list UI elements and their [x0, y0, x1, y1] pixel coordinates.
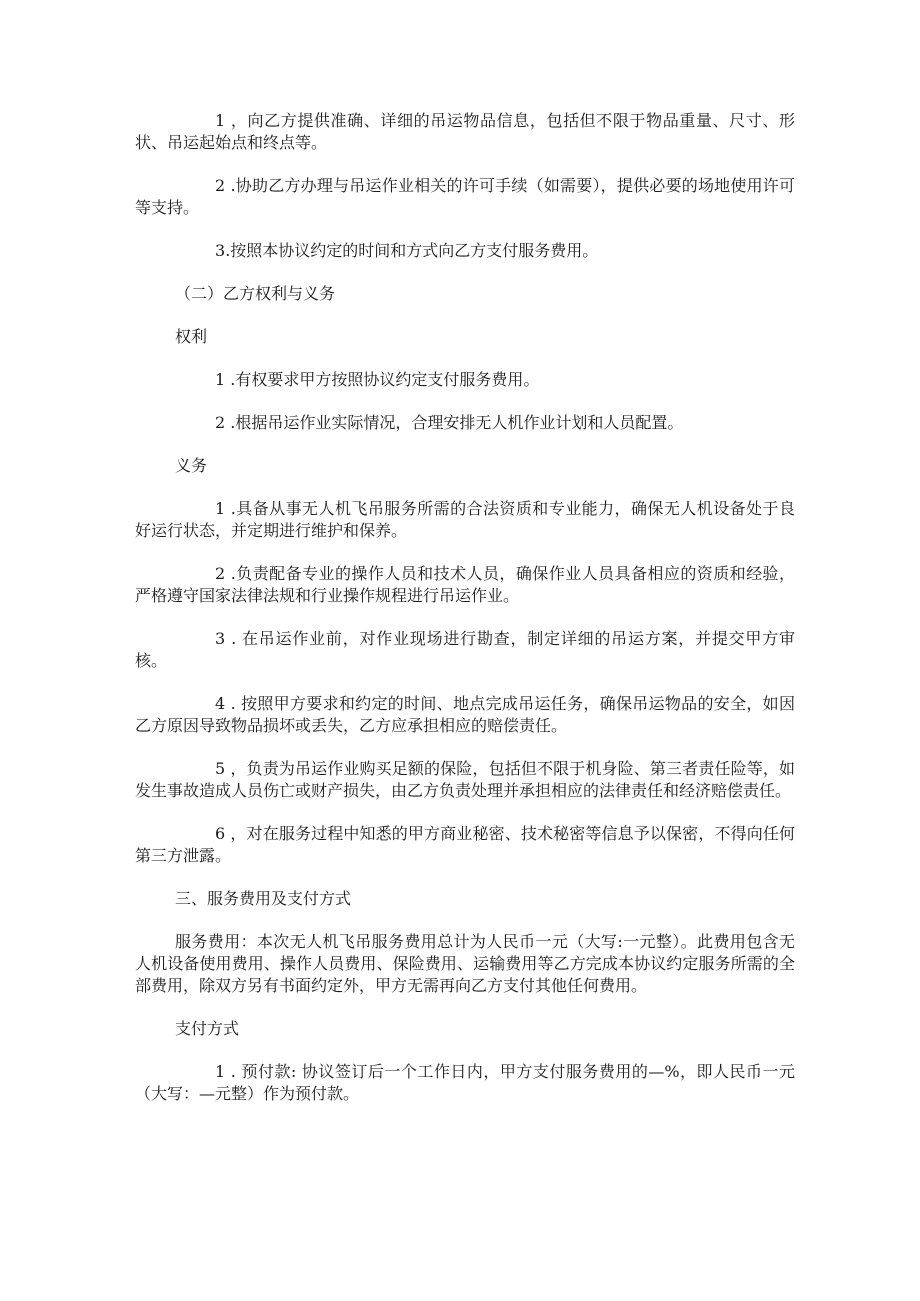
party-a-obligation-2: 2 .协助乙方办理与吊运作业相关的许可手续（如需要），提供必要的场地使用许可等支… [135, 175, 795, 219]
section-heading-fees: 三、服务费用及支付方式 [135, 888, 795, 910]
party-b-right-1: 1 .有权要求甲方按照协议约定支付服务费用。 [135, 369, 795, 391]
item-number: 3 [175, 628, 225, 650]
payment-item-1: 1 . 预付款: 协议签订后一个工作日内，甲方支付服务费用的—%，即人民币一元（… [135, 1061, 795, 1105]
party-b-obligation-4: 4 . 按照甲方要求和约定的时间、地点完成吊运任务，确保吊运物品的安全，如因乙方… [135, 693, 795, 737]
party-b-right-2: 2 .根据吊运作业实际情况，合理安排无人机作业计划和人员配置。 [135, 412, 795, 434]
subheading-obligations: 义务 [135, 455, 795, 477]
item-number: 2 [175, 175, 225, 197]
item-number: 5 [175, 758, 225, 780]
party-a-obligation-1: 1 ，向乙方提供准确、详细的吊运物品信息，包括但不限于物品重量、尺寸、形状、吊运… [135, 110, 795, 154]
service-fee-paragraph: 服务费用：本次无人机飞吊服务费用总计为人民币一元（大写:一元整）。此费用包含无人… [135, 931, 795, 997]
party-b-obligation-6: 6 ，对在服务过程中知悉的甲方商业秘密、技术秘密等信息予以保密，不得向任何第三方… [135, 823, 795, 867]
party-a-obligation-3: 3.按照本协议约定的时间和方式向乙方支付服务费用。 [135, 240, 795, 262]
item-number: 2 [175, 412, 225, 434]
party-b-obligation-3: 3 . 在吊运作业前，对作业现场进行勘查，制定详细的吊运方案，并提交甲方审核。 [135, 628, 795, 672]
document-page: 1 ，向乙方提供准确、详细的吊运物品信息，包括但不限于物品重量、尺寸、形状、吊运… [135, 110, 795, 1105]
item-number: 1 [175, 110, 225, 132]
item-number: 1 [175, 1061, 225, 1083]
party-b-obligation-1: 1 .具备从事无人机飞吊服务所需的合法资质和专业能力，确保无人机设备处于良好运行… [135, 498, 795, 542]
item-number: 1 [175, 369, 225, 391]
section-heading-party-b: （二）乙方权利与义务 [135, 283, 795, 305]
subheading-rights: 权利 [135, 326, 795, 348]
subheading-payment-method: 支付方式 [135, 1018, 795, 1040]
party-b-obligation-2: 2 .负责配备专业的操作人员和技术人员，确保作业人员具备相应的资质和经验，严格遵… [135, 563, 795, 607]
item-number: 3 [175, 240, 225, 262]
item-number: 1 [175, 498, 225, 520]
item-number: 2 [175, 563, 225, 585]
item-number: 6 [175, 823, 225, 845]
party-b-obligation-5: 5 ，负责为吊运作业购买足额的保险，包括但不限于机身险、第三者责任险等，如发生事… [135, 758, 795, 802]
item-number: 4 [175, 693, 225, 715]
